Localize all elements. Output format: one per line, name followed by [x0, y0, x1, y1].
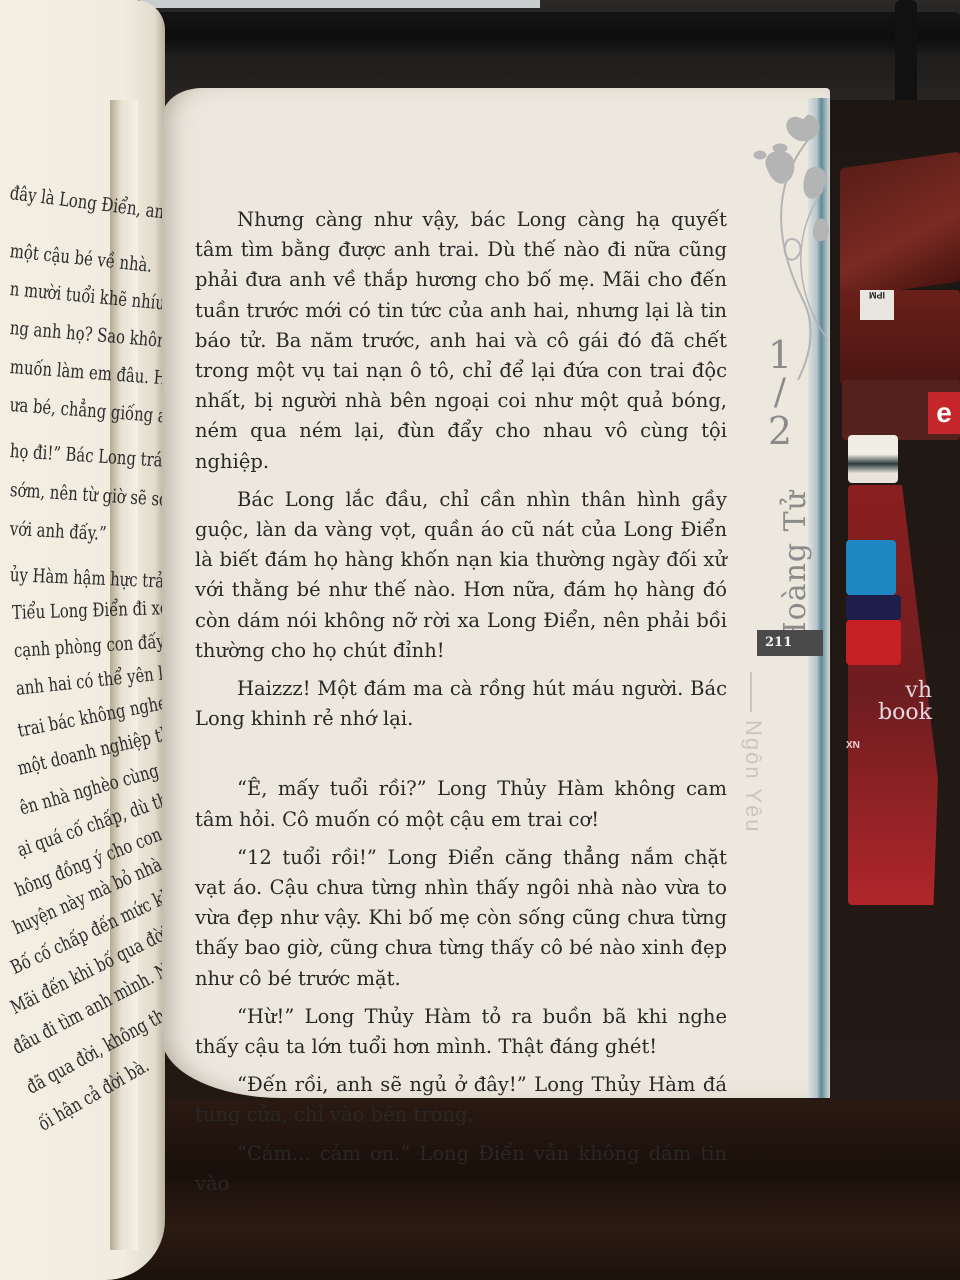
- stacked-book-1: [840, 152, 960, 299]
- stacked-book-6: [846, 540, 896, 595]
- stacked-book-8: [846, 620, 901, 665]
- stacked-book-2: [840, 290, 960, 385]
- paragraph: “Cảm... cảm ơn.” Long Điển vẫn không dám…: [195, 1139, 727, 1199]
- title-fraction-slash: /: [760, 375, 800, 411]
- paragraph: Bác Long lắc đầu, chỉ cần nhìn thân hình…: [195, 485, 727, 666]
- paragraph: “Hừ!” Long Thủy Hàm tỏ ra buồn bã khi ng…: [195, 1002, 727, 1062]
- paragraph: Nhưng càng như vậy, bác Long càng hạ quy…: [195, 205, 727, 477]
- book-spine-label: XN: [846, 740, 860, 751]
- shelf-post-right: [895, 0, 917, 110]
- book-title-vertical: 1 / 2: [760, 335, 800, 451]
- stacked-book-4: [848, 435, 898, 483]
- title-fraction-bottom: 2: [760, 411, 800, 451]
- paragraph: “Ê, mấy tuổi rồi?” Long Thủy Hàm không c…: [195, 774, 727, 834]
- right-page-body: Nhưng càng như vậy, bác Long càng hạ quy…: [195, 205, 727, 1207]
- series-label: Ngôn Yêu: [740, 720, 766, 833]
- publisher-logo-e: e: [928, 392, 960, 434]
- title-word: Hoàng Tử: [778, 490, 813, 648]
- title-fraction-top: 1: [760, 335, 800, 375]
- shelf-top-strip: [140, 0, 540, 8]
- publisher-logo: IPM: [860, 290, 894, 320]
- paragraph: Haizzz! Một đám ma cà rồng hút máu người…: [195, 674, 727, 734]
- publisher-logo-vh: vh book: [852, 680, 932, 730]
- shelf-rail: [60, 12, 960, 54]
- paragraph: “Đến rồi, anh sẽ ngủ ở đây!” Long Thủy H…: [195, 1070, 727, 1130]
- series-divider: [750, 672, 752, 712]
- page-number: 211: [757, 630, 823, 656]
- paragraph: “12 tuổi rồi!” Long Điển căng thẳng nắm …: [195, 843, 727, 994]
- stacked-book-7: [846, 595, 901, 620]
